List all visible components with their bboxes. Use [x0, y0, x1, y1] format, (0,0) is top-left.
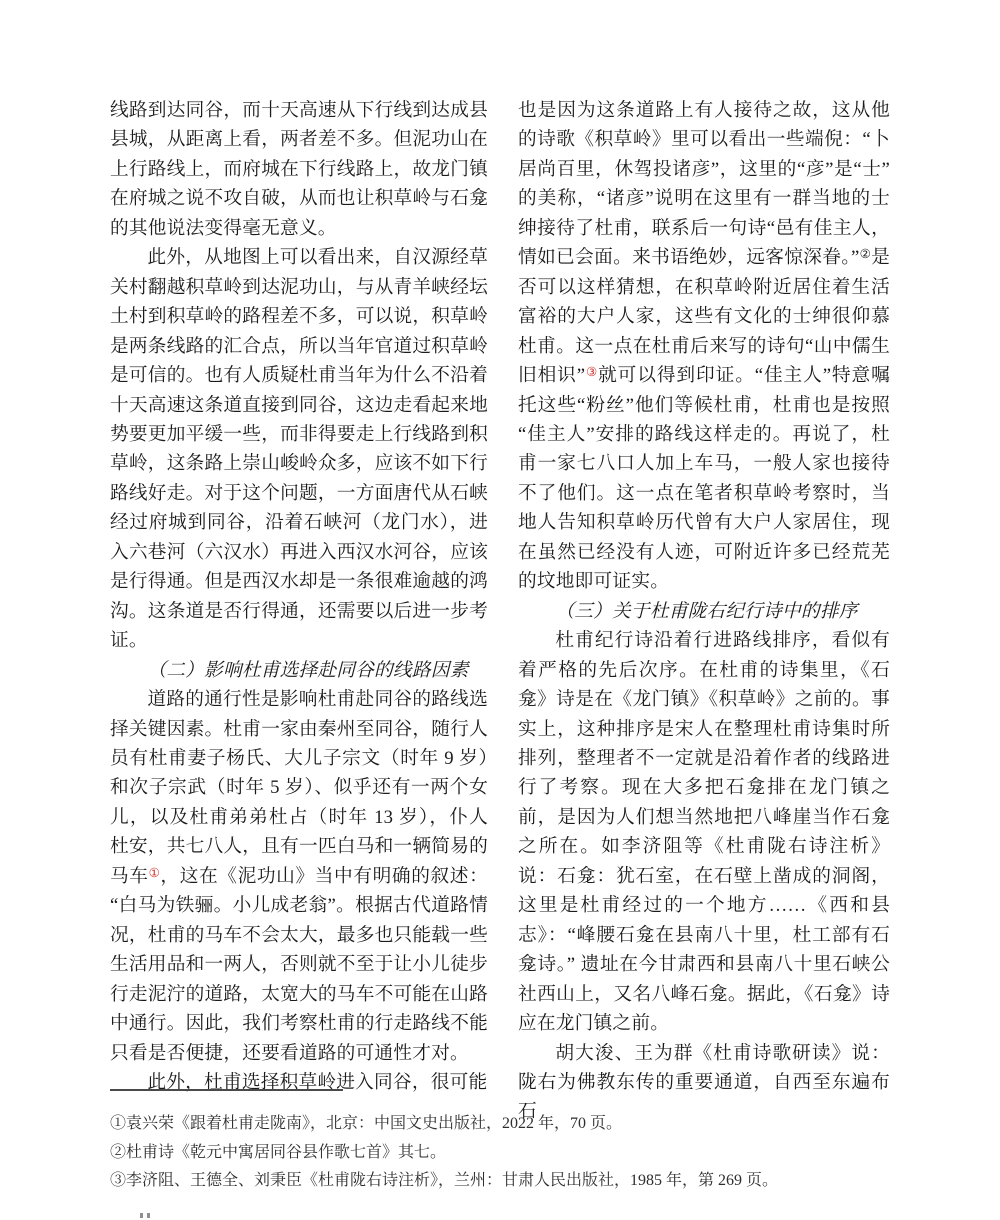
body-paragraph: 道路的通行性是影响杜甫赴同谷的路线选择关键因素。杜甫一家由秦州至同谷，随行人员有… [110, 685, 488, 1068]
page-edge-artifact [140, 1213, 154, 1218]
body-paragraph: 杜甫纪行诗沿着行进路线排序，看似有着严格的先后次序。在杜甫的诗集里，《石龛》诗是… [518, 626, 890, 1038]
footnote-ref-marker: ① [149, 866, 161, 880]
text-run: ，这在《泥功山》当中有明确的叙述：“白马为铁骊。小儿成老翁”。根据古代道路情况，… [110, 866, 488, 1064]
text-run: （三）关于杜甫陇右纪行诗中的排序 [555, 601, 857, 622]
left-column: 线路到达同谷，而十天高速从下行线到达成县县城，从距离上看，两者差不多。但泥功山在… [110, 96, 488, 1097]
body-paragraph: 也是因为这条道路上有人接待之故，这从他的诗歌《积草岭》里可以看出一些端倪：“卜居… [518, 96, 890, 597]
text-run: 线路到达同谷，而十天高速从下行线到达成县县城，从距离上看，两者差不多。但泥功山在… [110, 100, 488, 239]
footnote-ref-marker: ② [859, 247, 871, 261]
text-run: 此外，从地图上可以看出来，自汉源经草关村翻越积草岭到达泥功山，与从青羊峡经坛土村… [110, 247, 488, 651]
body-paragraph: 线路到达同谷，而十天高速从下行线到达成县县城，从距离上看，两者差不多。但泥功山在… [110, 96, 488, 243]
section-heading: （三）关于杜甫陇右纪行诗中的排序 [518, 597, 890, 626]
text-run: 就可以得到印证。“佳主人”特意嘱托这些“粉丝”他们等候杜甫，杜甫也是按照“佳主人… [518, 365, 890, 592]
footnote-item: ②杜甫诗《乾元中寓居同谷县作歌七首》其七。 [110, 1139, 892, 1168]
right-column: 也是因为这条道路上有人接待之故，这从他的诗歌《积草岭》里可以看出一些端倪：“卜居… [518, 96, 890, 1127]
text-run: 杜甫纪行诗沿着行进路线排序，看似有着严格的先后次序。在杜甫的诗集里，《石龛》诗是… [518, 630, 890, 1034]
footnote-item: ①袁兴荣《跟着杜甫走陇南》，北京：中国文史出版社，2022 年，70 页。 [110, 1110, 892, 1139]
footnote-ref-marker: ③ [585, 365, 598, 379]
footnotes-section: ①袁兴荣《跟着杜甫走陇南》，北京：中国文史出版社，2022 年，70 页。 ②杜… [110, 1110, 892, 1196]
footnote-item: ③李济阻、王德全、刘秉臣《杜甫陇右诗注析》，兰州：甘肃人民出版社，1985 年，… [110, 1167, 892, 1196]
section-heading: （二）影响杜甫选择赴同谷的线路因素 [110, 656, 488, 685]
body-paragraph: 此外，从地图上可以看出来，自汉源经草关村翻越积草岭到达泥功山，与从青羊峡经坛土村… [110, 243, 488, 655]
footnote-separator [110, 1089, 343, 1091]
text-run: 也是因为这条道路上有人接待之故，这从他的诗歌《积草岭》里可以看出一些端倪：“卜居… [518, 100, 890, 268]
body-paragraph: 此外，杜甫选择积草岭进入同谷，很可能 [110, 1068, 488, 1097]
text-run: （二）影响杜甫选择赴同谷的线路因素 [147, 660, 468, 681]
document-page: 线路到达同谷，而十天高速从下行线到达成县县城，从距离上看，两者差不多。但泥功山在… [0, 0, 1000, 1220]
text-run: 道路的通行性是影响杜甫赴同谷的路线选择关键因素。杜甫一家由秦州至同谷，随行人员有… [110, 689, 488, 887]
